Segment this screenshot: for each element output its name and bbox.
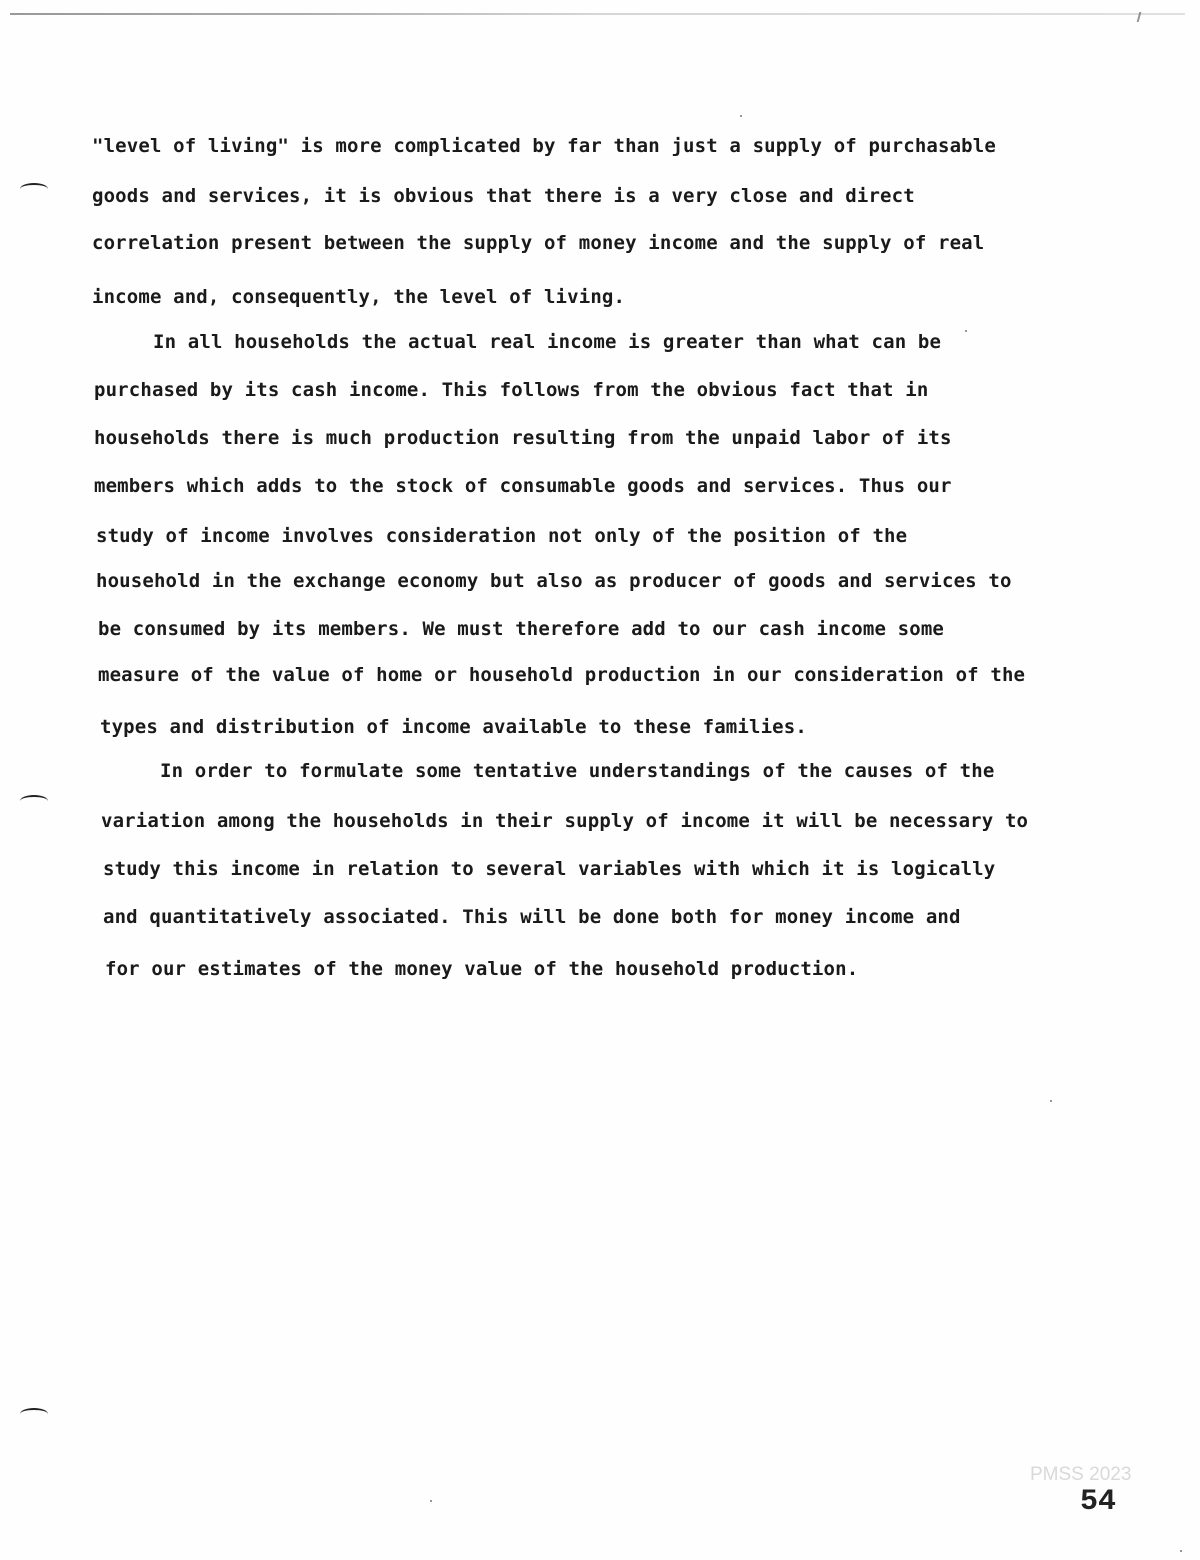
text-line: correlation present between the supply o…: [92, 234, 984, 253]
text-line: household in the exchange economy but al…: [96, 572, 1012, 591]
scan-speck: [1180, 1550, 1182, 1552]
scan-top-edge: [10, 13, 1185, 15]
text-line: study this income in relation to several…: [103, 860, 995, 879]
scan-speck: [1050, 1100, 1052, 1102]
text-line: measure of the value of home or househol…: [98, 666, 1025, 685]
text-line: and quantitatively associated. This will…: [103, 908, 961, 927]
text-line: In order to formulate some tentative und…: [160, 762, 994, 781]
text-line: variation among the households in their …: [101, 812, 1028, 831]
text-line: types and distribution of income availab…: [100, 718, 807, 737]
margin-mark: [20, 795, 48, 807]
text-line: for our estimates of the money value of …: [105, 960, 858, 979]
scan-speck: [965, 330, 967, 332]
margin-mark: [20, 183, 48, 195]
scan-speck: [740, 115, 742, 117]
text-line: goods and services, it is obvious that t…: [92, 187, 915, 206]
watermark: PMSS 2023: [1030, 1464, 1131, 1486]
margin-mark: [20, 1408, 48, 1420]
text-line: households there is much production resu…: [94, 429, 952, 448]
corner-mark: [1137, 12, 1150, 22]
scan-speck: [430, 1500, 432, 1502]
text-line: members which adds to the stock of consu…: [94, 477, 952, 496]
text-line: income and, consequently, the level of l…: [92, 288, 625, 307]
text-line: purchased by its cash income. This follo…: [94, 381, 928, 400]
text-line: In all households the actual real income…: [153, 333, 941, 352]
text-line: study of income involves consideration n…: [96, 527, 907, 546]
page-number: 54: [1080, 1485, 1116, 1519]
text-line: be consumed by its members. We must ther…: [98, 620, 944, 639]
document-page: "level of living" is more complicated by…: [0, 0, 1200, 1560]
text-line: "level of living" is more complicated by…: [92, 137, 996, 156]
